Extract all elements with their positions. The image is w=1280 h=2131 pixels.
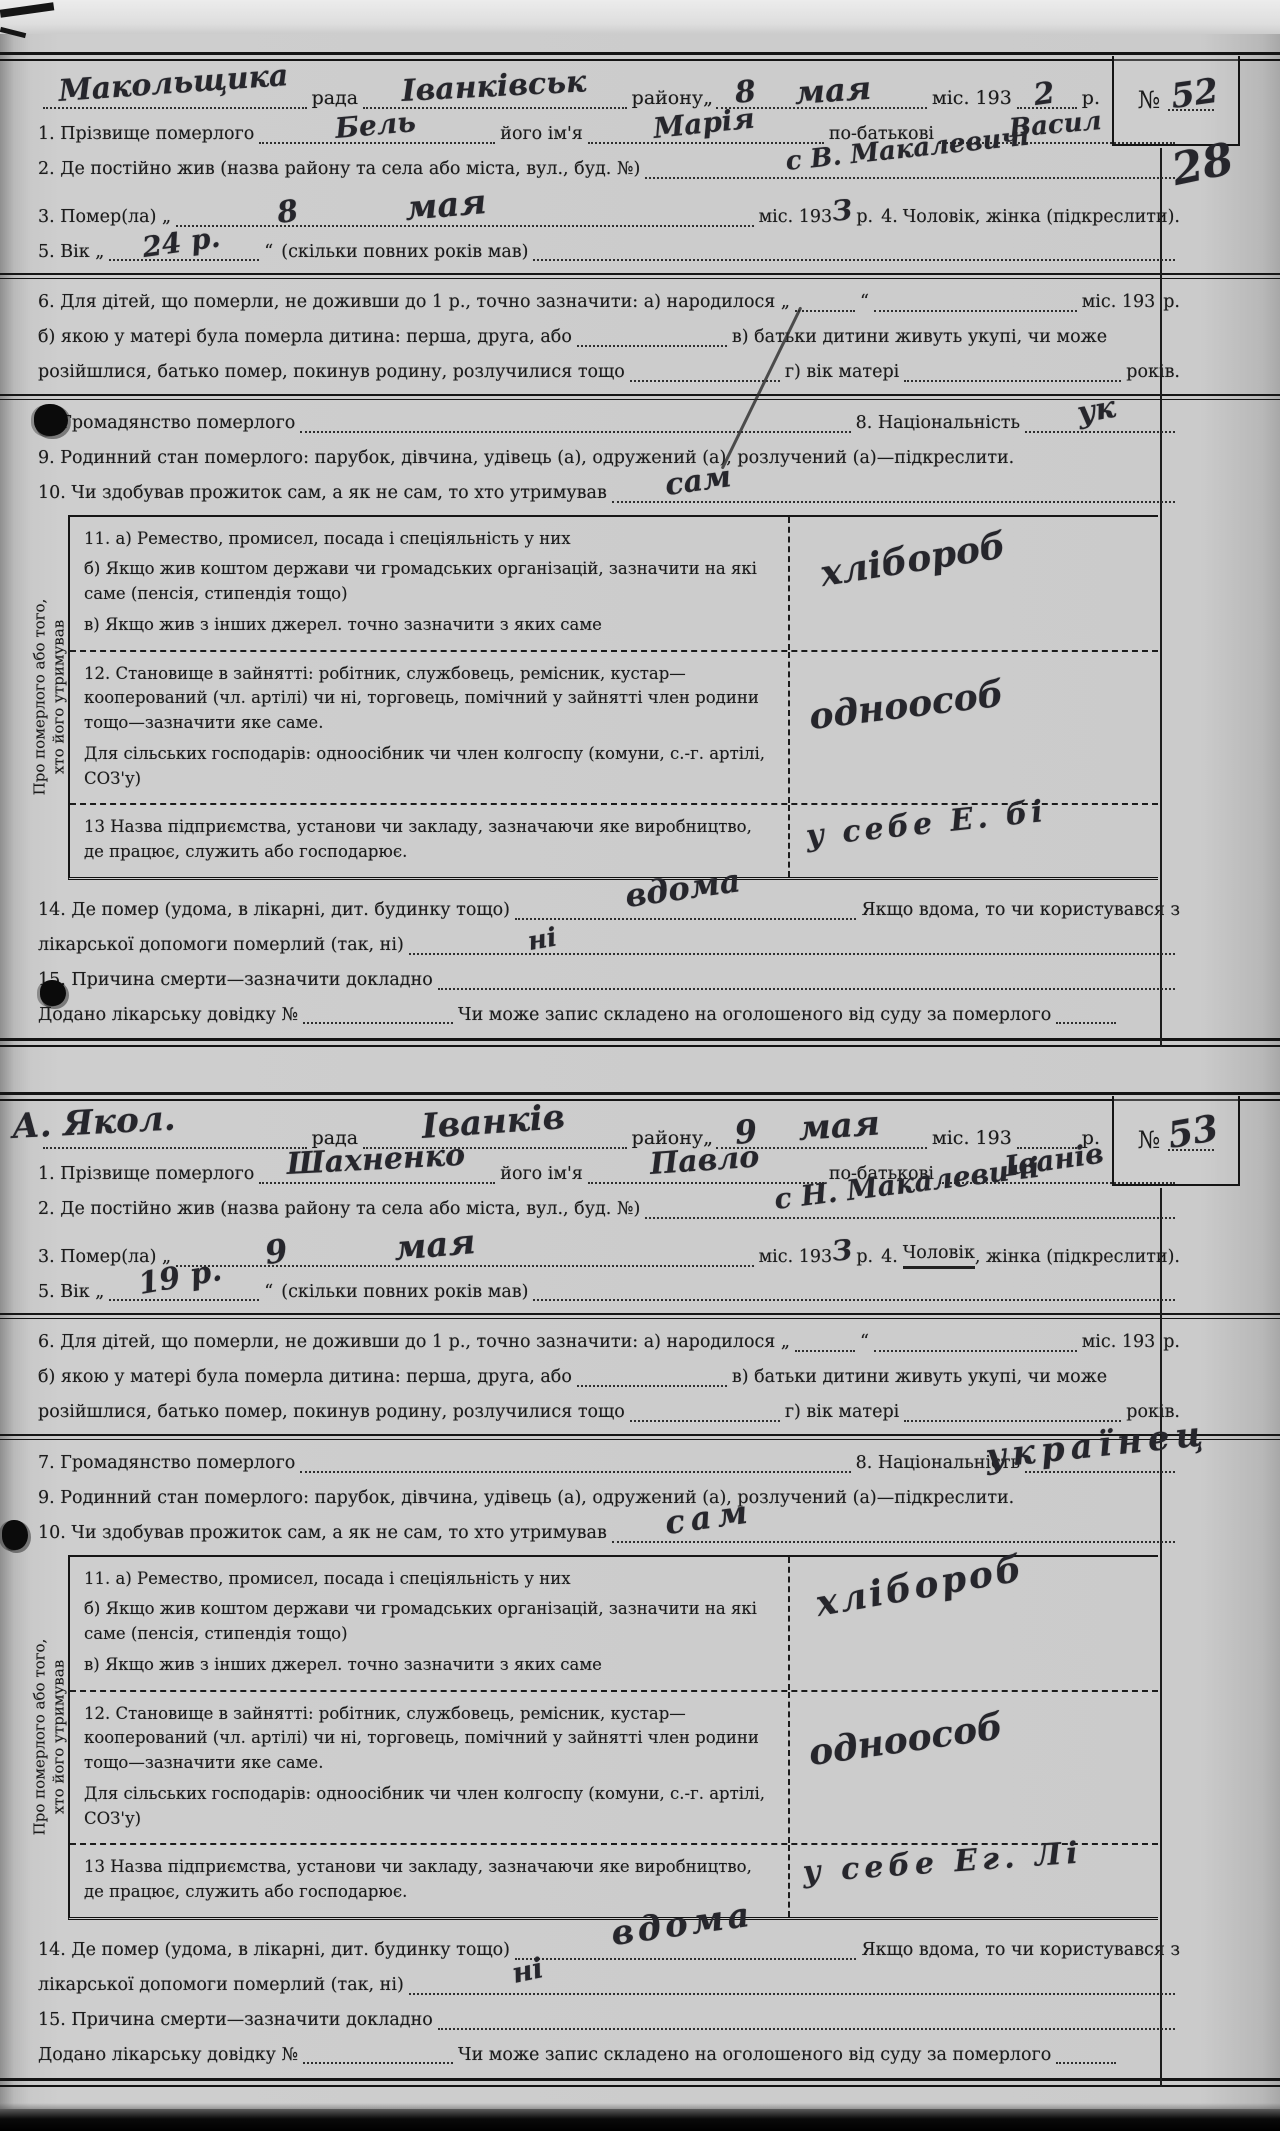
month-year-label: міс. 193 <box>1082 292 1156 314</box>
month-year-label: міс. 193 <box>932 87 1012 111</box>
sex-item-number: 4. <box>881 207 898 229</box>
infant-label-a: 6. Для дітей, що померли, не доживши до … <box>38 292 790 314</box>
side-label: Про померлого або того, хто його утримув… <box>30 1555 68 1920</box>
item-11a-label: 11. а) Ремество, промисел, посада і спец… <box>84 1567 776 1592</box>
support-row: 10. Чи здобував прожиток сам, а як не са… <box>0 483 1280 505</box>
employment-status-handwriting: одноособ <box>806 1705 1005 1774</box>
ink-blot <box>2 1520 28 1550</box>
item-13-row: 13 Назва підприємства, установи чи закла… <box>70 805 1158 877</box>
marital-status-row: 9. Родинний стан померлого: парубок, дів… <box>0 1488 1280 1510</box>
death-month-handwriting: мая <box>403 181 488 230</box>
occupation-box: 11. а) Ремество, промисел, посада і спец… <box>68 515 1158 880</box>
death-year-digit-handwriting: З <box>830 192 854 229</box>
scan-bottom-edge <box>0 2109 1280 2131</box>
year-suffix: р. <box>856 207 873 229</box>
year-suffix: р. <box>1163 292 1180 314</box>
citizenship-label: 7. Громадянство померлого <box>38 413 295 435</box>
month-year-label: міс. 193 <box>759 207 833 229</box>
right-margin-rule <box>1160 148 1162 1047</box>
side-label-line1: Про померлого або того, <box>30 599 49 796</box>
form-top-rule <box>0 52 1280 61</box>
employment-status-handwriting: одноособ <box>807 672 1006 737</box>
residence-handwriting: с Н. Макалевичі <box>773 1149 1042 1216</box>
item-12b-label: Для сільських господарів: одноосібник чи… <box>84 1782 776 1832</box>
item-12-row: 12. Становище в зайнятті: робітник, служ… <box>70 1692 1158 1846</box>
infant-row-c: розійшлися, батько помер, покинув родину… <box>0 362 1280 384</box>
occupation-block: Про померлого або того, хто його утримув… <box>30 1555 1158 1920</box>
citizenship-nationality-row: 7. Громадянство померлого 8. Національні… <box>0 413 1280 435</box>
surname-handwriting: Шахненко <box>286 1137 466 1184</box>
item-12a-label: 12. Становище в зайнятті: робітник, служ… <box>84 1702 776 1776</box>
month-year-label: міс. 193 <box>759 1247 833 1269</box>
field-surname-row: 1. Прізвище померлого Бель його ім'я Мар… <box>0 124 1280 146</box>
given-name-label: його ім'я <box>500 124 583 146</box>
sex-male-option: Чоловік <box>903 207 975 229</box>
medical-help-handwriting: ні <box>526 922 560 959</box>
infant-row-c: розійшлися, батько помер, покинув родину… <box>0 1402 1280 1424</box>
years-label: років. <box>1126 362 1180 384</box>
sex-item-number: 4. <box>881 1247 898 1269</box>
death-year-digit-handwriting: З <box>830 1232 854 1269</box>
nationality-label: 8. Національність <box>856 413 1020 435</box>
form-bottom-rule <box>0 2078 1280 2087</box>
number-sign: № <box>1138 1126 1161 1154</box>
infant-label-b: б) якою у матері була померла дитина: пе… <box>38 327 572 349</box>
right-margin-rule <box>1160 1188 1162 2087</box>
citizenship-label: 7. Громадянство померлого <box>38 1453 295 1475</box>
occupation-handwriting: хлібороб <box>817 524 1008 595</box>
ink-blot <box>34 404 68 436</box>
age-hint-label: (скільки повних років мав) <box>281 1282 528 1304</box>
infant-row-b: б) якою у матері була померла дитина: пе… <box>0 327 1280 349</box>
infant-label-v2: розійшлися, батько помер, покинув родину… <box>38 1402 625 1424</box>
rada-name-handwriting: А. Якол. <box>11 1098 177 1149</box>
close-quote: “ <box>264 1282 273 1304</box>
item-11b-label: б) Якщо жив коштом держави чи громадськи… <box>84 1597 776 1647</box>
age-hint-label: (скільки повних років мав) <box>281 242 528 264</box>
age-label: 5. Вік „ <box>38 242 104 264</box>
place-of-death-row: 14. Де помер (удома, в лікарні, дит. буд… <box>0 900 1280 922</box>
cause-of-death-label: 15. Причина смерти—зазначити докладно <box>38 970 433 992</box>
form-bottom-rule <box>0 1038 1280 1047</box>
place-of-death-row: 14. Де помер (удома, в лікарні, дит. буд… <box>0 1940 1280 1962</box>
field-residence-row: 2. Де постійно жив (назва району та села… <box>0 1199 1280 1221</box>
marital-status-label: 9. Родинний стан померлого: парубок, дів… <box>38 448 1014 470</box>
close-quote: “ <box>860 292 869 314</box>
year-suffix: р. <box>856 1247 873 1269</box>
rada-label: рада <box>312 87 359 111</box>
record-number-handwriting: 53 <box>1165 1107 1222 1157</box>
infant-row-a: 6. Для дітей, що померли, не доживши до … <box>0 1332 1280 1354</box>
court-declaration-label: Чи може запис складено на оголошеного ві… <box>458 2045 1051 2067</box>
certificate-row: Додано лікарську довідку № Чи може запис… <box>0 2045 1280 2067</box>
death-record-form-2: № 53 А. Якол. рада Іванків району „ 9мая… <box>0 1092 1280 2087</box>
death-day-handwriting: 9 <box>263 1230 291 1273</box>
infant-label-b: б) якою у матері була померла дитина: пе… <box>38 1367 572 1389</box>
cause-of-death-row: 15. Причина смерти—зазначити докладно <box>0 970 1280 992</box>
header-month-handwriting: мая <box>793 68 872 113</box>
item-11a-label: 11. а) Ремество, промисел, посада і спец… <box>84 527 776 552</box>
section-divider <box>0 1313 1280 1319</box>
death-month-handwriting: мая <box>392 1221 477 1270</box>
rada-name-handwriting: Макольщика <box>57 57 289 110</box>
certificate-row: Додано лікарську довідку № Чи може запис… <box>0 1005 1280 1027</box>
place-of-death-label: 14. Де помер (удома, в лікарні, дит. буд… <box>38 1940 510 1962</box>
marital-status-label: 9. Родинний стан померлого: парубок, дів… <box>38 1488 1014 1510</box>
surname-label: 1. Прізвище померлого <box>38 1164 254 1186</box>
field-age-row: 5. Вік „ 24 р. “ (скільки повних років м… <box>0 242 1280 264</box>
certificate-label: Додано лікарську довідку № <box>38 1005 298 1027</box>
occupation-block: Про померлого або того, хто його утримув… <box>30 515 1158 880</box>
occupation-handwriting: хлібороб <box>813 1547 1028 1625</box>
infant-label-v: в) батьки дитини живуть укупі, чи може <box>732 1367 1107 1389</box>
if-home-label: Якщо вдома, то чи користувався з <box>861 900 1180 922</box>
ink-blot <box>40 980 66 1006</box>
place-of-death-label: 14. Де помер (удома, в лікарні, дит. буд… <box>38 900 510 922</box>
cause-of-death-label: 15. Причина смерти—зазначити докладно <box>38 2010 433 2032</box>
if-home-label: Якщо вдома, то чи користувався з <box>861 1940 1180 1962</box>
sex-male-option-underlined: Чоловік <box>903 1243 975 1269</box>
given-name-handwriting: Павло <box>648 1139 760 1184</box>
year-suffix: р. <box>1163 1332 1180 1354</box>
certificate-label: Додано лікарську довідку № <box>38 2045 298 2067</box>
header-month-handwriting: мая <box>797 1103 881 1151</box>
scanned-death-register-page: { "page": {"background": "#cbcbcb", "ink… <box>0 0 1280 2131</box>
infant-row-b: б) якою у матері була померла дитина: пе… <box>0 1367 1280 1389</box>
side-label: Про померлого або того, хто його утримув… <box>30 515 68 880</box>
medical-help-row: лікарської допомоги померлий (так, ні) н… <box>0 935 1280 957</box>
support-label: 10. Чи здобував прожиток сам, а як не са… <box>38 1523 607 1545</box>
support-handwriting: сам <box>663 458 734 504</box>
record-number-handwriting: 52 <box>1169 71 1221 117</box>
death-date-label: 3. Помер(ла) „ <box>38 207 171 229</box>
item-11b-label: б) Якщо жив коштом держави чи громадськи… <box>84 557 776 607</box>
item-12-row: 12. Становище в зайнятті: робітник, служ… <box>70 652 1158 806</box>
item-11-row: 11. а) Ремество, промисел, посада і спец… <box>70 517 1158 652</box>
field-age-row: 5. Вік „ 19 р. “ (скільки повних років м… <box>0 1282 1280 1304</box>
given-name-label: його ім'я <box>500 1164 583 1186</box>
item-11v-label: в) Якщо жив з інших джерел. точно зазнач… <box>84 613 776 638</box>
marital-status-row: 9. Родинний стан померлого: парубок, дів… <box>0 448 1280 470</box>
record-number-extra-handwriting: 28 <box>1167 133 1237 196</box>
month-year-label: міс. 193 <box>1082 1332 1156 1354</box>
medical-help-label: лікарської допомоги померлий (так, ні) <box>38 935 404 957</box>
death-record-form-1: № 52 28 Макольщика рада Іванківськ район… <box>0 52 1280 1047</box>
medical-help-row: лікарської допомоги померлий (так, ні) н… <box>0 1975 1280 1997</box>
section-divider <box>0 273 1280 279</box>
occupation-box: 11. а) Ремество, промисел, посада і спец… <box>68 1555 1158 1920</box>
court-declaration-label: Чи може запис складено на оголошеного ві… <box>458 1005 1051 1027</box>
citizenship-nationality-row: 7. Громадянство померлого 8. Національні… <box>0 1453 1280 1475</box>
residence-label: 2. Де постійно жив (назва району та села… <box>38 1199 640 1221</box>
item-13-row: 13 Назва підприємства, установи чи закла… <box>70 1845 1158 1917</box>
infant-label-a: 6. Для дітей, що померли, не доживши до … <box>38 1332 790 1354</box>
age-label: 5. Вік „ <box>38 1282 104 1304</box>
field-surname-row: 1. Прізвище померлого Шахненко його ім'я… <box>0 1164 1280 1186</box>
death-day-handwriting: 8 <box>275 192 301 232</box>
district-name-handwriting: Іванківськ <box>401 64 588 111</box>
field-residence-row: 2. Де постійно жив (назва району та села… <box>0 159 1280 181</box>
surname-handwriting: Бель <box>334 104 417 146</box>
support-row: 10. Чи здобував прожиток сам, а як не са… <box>0 1523 1280 1545</box>
side-label-line2: хто його утримував <box>49 599 68 796</box>
sex-options-rest: , жінка (підкреслити). <box>975 207 1180 229</box>
nationality-handwriting: ук <box>1074 389 1118 433</box>
infant-label-v2: розійшлися, батько помер, покинув родину… <box>38 362 625 384</box>
support-label: 10. Чи здобував прожиток сам, а як не са… <box>38 483 607 505</box>
medical-help-label: лікарської допомоги померлий (так, ні) <box>38 1975 404 1997</box>
side-label-line2: хто його утримував <box>49 1639 68 1836</box>
residence-label: 2. Де постійно жив (назва району та села… <box>38 159 640 181</box>
mother-age-label: г) вік матері <box>785 362 899 384</box>
item-11v-label: в) Якщо жив з інших джерел. точно зазнач… <box>84 1653 776 1678</box>
side-label-line1: Про померлого або того, <box>30 1639 49 1836</box>
surname-label: 1. Прізвище померлого <box>38 124 254 146</box>
torn-paper-top-edge <box>0 0 1280 34</box>
close-quote: “ <box>860 1332 869 1354</box>
sex-options-rest: , жінка (підкреслити). <box>975 1247 1180 1269</box>
form-top-rule <box>0 1092 1280 1101</box>
item-12b-label: Для сільських господарів: одноосібник чи… <box>84 742 776 792</box>
item-12a-label: 12. Становище в зайнятті: робітник, служ… <box>84 662 776 736</box>
cause-of-death-row: 15. Причина смерти—зазначити докладно <box>0 2010 1280 2032</box>
item-13-label: 13 Назва підприємства, установи чи закла… <box>84 1855 776 1905</box>
close-quote: “ <box>264 242 273 264</box>
number-sign: № <box>1138 86 1161 114</box>
item-11-row: 11. а) Ремество, промисел, посада і спец… <box>70 1557 1158 1692</box>
item-13-label: 13 Назва підприємства, установи чи закла… <box>84 815 776 865</box>
mother-age-label: г) вік матері <box>785 1402 899 1424</box>
infant-row-a: 6. Для дітей, що померли, не доживши до … <box>0 292 1280 314</box>
month-year-label: міс. 193 <box>932 1127 1012 1151</box>
